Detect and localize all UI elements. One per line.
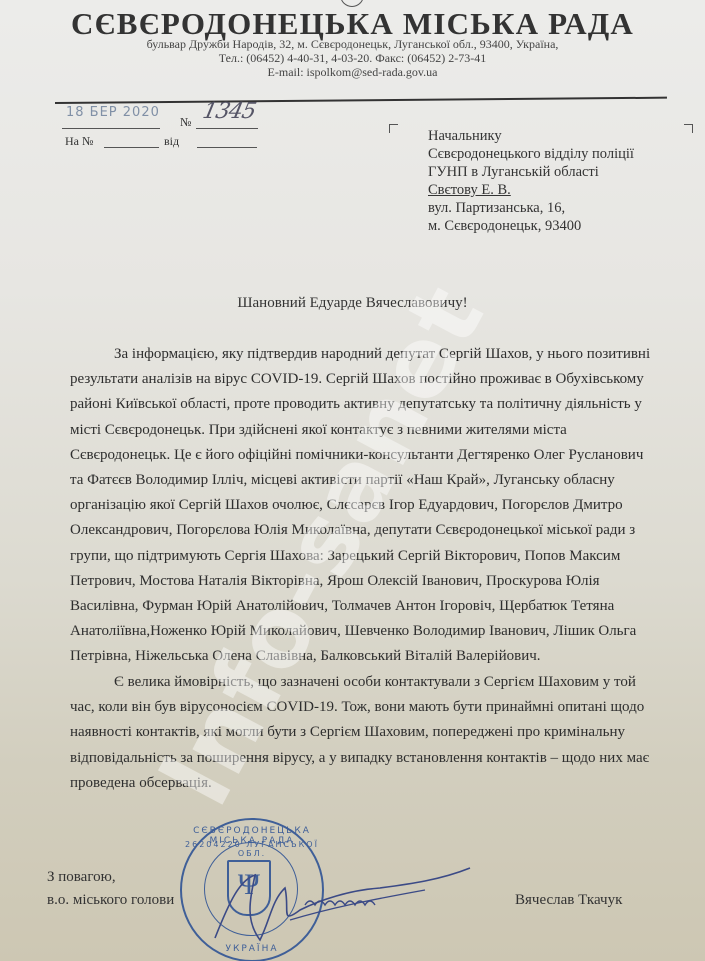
letterhead-address: бульвар Дружби Народів, 32, м. Сєвєродон… [0, 37, 705, 52]
body-line: районі Київської області, проте проводит… [70, 392, 680, 417]
body-line: час, коли він був вірусоносієм COVID-19.… [70, 695, 680, 720]
body-line: Василівна, Фурман Юрій Анатолійович, Тол… [70, 594, 680, 619]
body-line: відповідальність за поширення вірусу, а … [70, 746, 680, 771]
recipient-line: Начальнику [428, 127, 502, 145]
body-paragraph-2: Є велика ймовірність, що зазначені особи… [70, 670, 680, 796]
body-line: місті Сєвєродонецьк. При здійснені якої … [70, 418, 680, 443]
letterhead-phones: Тел.: (06452) 4-40-31, 4-03-20. Факс: (0… [0, 51, 705, 66]
header-divider [55, 97, 667, 104]
date-underline [62, 128, 160, 129]
body-line: результати аналізів на вірус COVID-19. С… [70, 367, 680, 392]
registration-number: 1345 [200, 99, 257, 124]
recipient-name: Свєтову Е. В. [428, 181, 511, 199]
body-line: Анатоліївна,Ноженко Юрій Миколайович, Ше… [70, 619, 680, 644]
body-line: організацію якої Сергій Шахов очолює, Сл… [70, 493, 680, 518]
body-line: та Фатєєв Володимир Ілліч, місцеві актив… [70, 468, 680, 493]
closing-position: в.о. міського голови [47, 892, 174, 909]
from-underline [197, 147, 257, 148]
recipient-line: м. Сєвєродонецьк, 93400 [428, 217, 581, 235]
body-line: Олександрович, Погорєлова Юлія Миколаївн… [70, 518, 680, 543]
number-label: № [180, 115, 191, 130]
from-label: від [164, 134, 179, 149]
letterhead-email: E-mail: ispolkom@sed-rada.gov.ua [0, 65, 705, 80]
body-line: Петрівна, Ніжельська Олена Славівна, Бал… [70, 644, 680, 669]
ref-underline [104, 147, 159, 148]
recipient-line: ГУНП в Луганській області [428, 163, 599, 181]
body-line: групи, що підтримують Сергія Шахова: Зар… [70, 544, 680, 569]
address-corner-right [684, 124, 693, 133]
body-paragraph-1: За інформацією, яку підтвердив народний … [70, 342, 680, 670]
body-line: За інформацією, яку підтвердив народний … [70, 342, 680, 367]
recipient-line: вул. Партизанська, 16, [428, 199, 565, 217]
letter-page: СЄВЄРОДОНЕЦЬКА МІСЬКА РАДА бульвар Дружб… [0, 0, 705, 961]
date-stamp: 18 БЕР 2020 [66, 105, 160, 120]
address-corner-left [389, 124, 398, 133]
ref-label: На № [65, 134, 93, 149]
greeting: Шановний Едуарде Вячеславовичу! [0, 295, 705, 312]
body-line: Петрович, Мостова Наталія Вікторівна, Яр… [70, 569, 680, 594]
body-line: проведена обсервація. [70, 771, 680, 796]
number-underline [196, 128, 258, 129]
signature-icon [210, 860, 490, 950]
body-line: Сєвєродонецьк. Це є його офіційні помічн… [70, 443, 680, 468]
body-line: наявності контактів, які могли бути з Се… [70, 720, 680, 745]
closing-regards: З повагою, [47, 869, 116, 886]
body-line: Є велика ймовірність, що зазначені особи… [70, 670, 680, 695]
signatory-name: Вячеслав Ткачук [515, 892, 622, 909]
recipient-line: Сєвєродонецького відділу поліції [428, 145, 634, 163]
